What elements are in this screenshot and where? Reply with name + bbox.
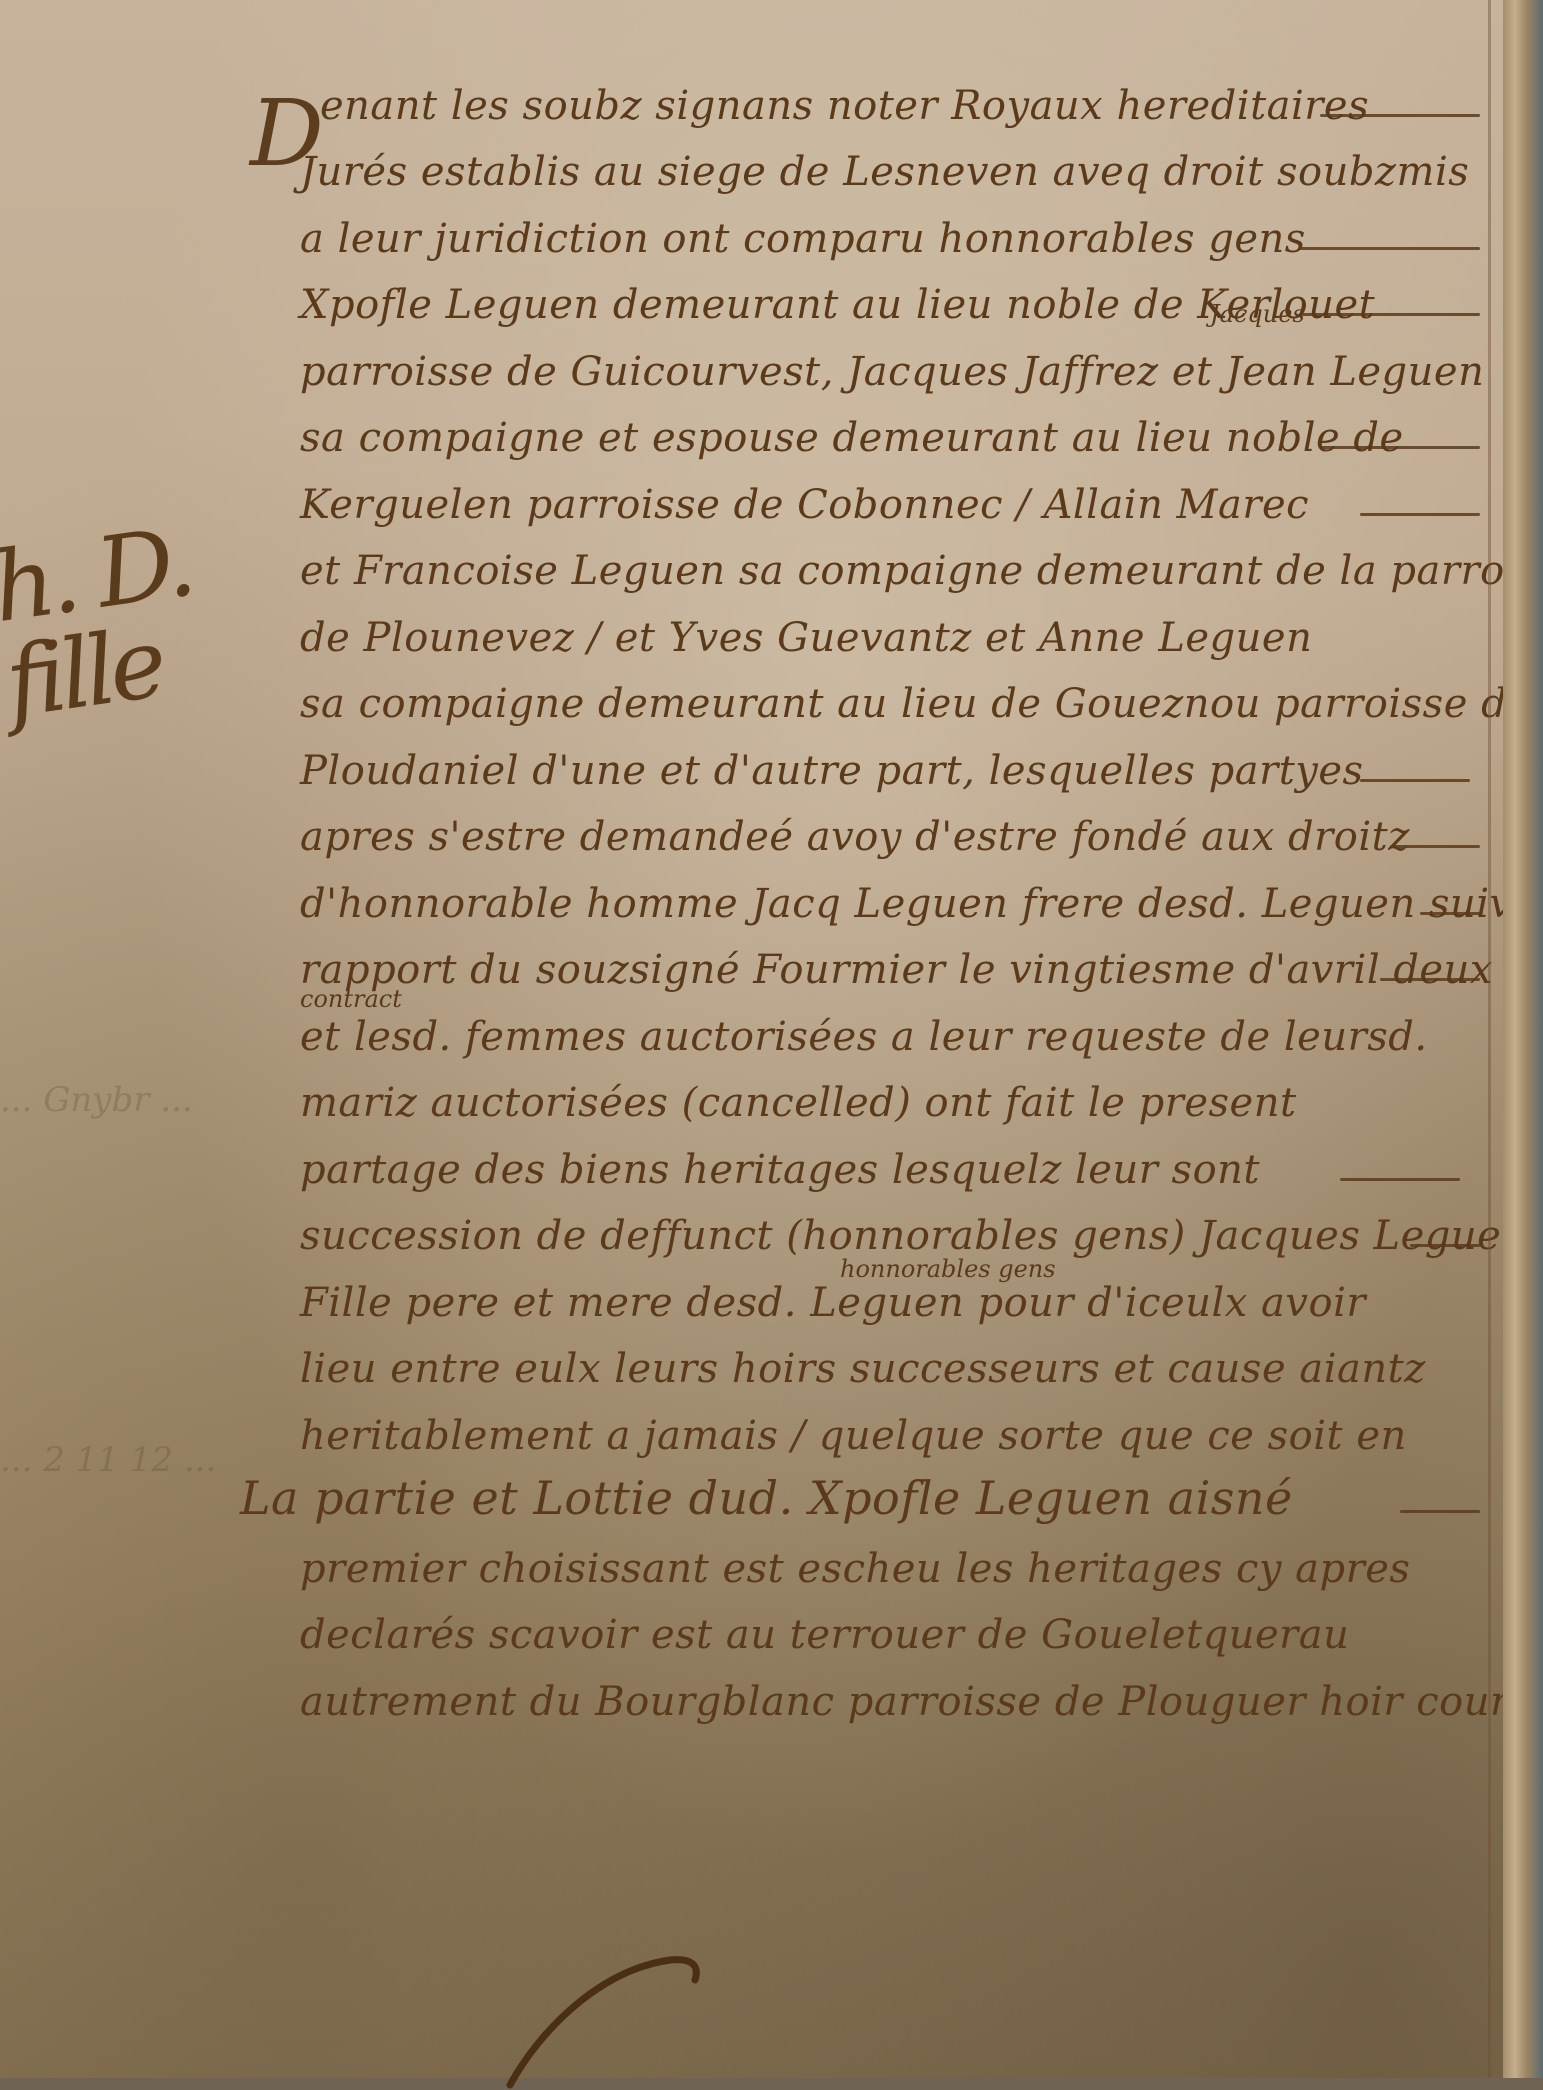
text-line: Kerguelen parroisse de Cobonnec / Allain…	[300, 469, 1490, 536]
manuscript-page: ... Gnybr ... ... 2 11 12 ... h. D. fill…	[0, 0, 1520, 2078]
text-line: Xpofle Leguen demeurant au lieu noble de…	[300, 270, 1490, 337]
text-line: lieu entre eulx leurs hoirs successeurs …	[300, 1334, 1490, 1401]
text-line: apres s'estre demandeé avoy d'estre fond…	[300, 802, 1490, 869]
interlinear-insertion: honnorables gens	[840, 1255, 1056, 1283]
text-line: sa compaigne et espouse demeurant au lie…	[300, 403, 1490, 470]
page-edge	[1488, 0, 1491, 2078]
text-line: rapport du souzsigné Fourmier le vingtie…	[300, 935, 1490, 1002]
text-line: Ploudaniel d'une et d'autre part, lesque…	[300, 735, 1490, 802]
text-line: parroisse de Guicourvest, Jacques Jaffre…	[300, 336, 1490, 403]
text-line: autrement du Bourgblanc parroisse de Plo…	[300, 1666, 1490, 1733]
text-line: de Plounevez / et Yves Guevantz et Anne …	[300, 602, 1490, 669]
text-line: enant les soubz signans noter Royaux her…	[300, 70, 1490, 137]
text-line: declarés scavoir est au terrouer de Goue…	[300, 1600, 1490, 1667]
binding-gutter	[1503, 0, 1543, 2078]
ink-show-through: ... Gnybr ...	[0, 1080, 290, 1120]
text-line: mariz auctorisées (cancelled) ont fait l…	[300, 1068, 1490, 1135]
text-line: et lesd. femmes auctorisées a leur reque…	[300, 1001, 1490, 1068]
text-line: a leur juridiction ont comparu honnorabl…	[300, 203, 1490, 270]
text-line: d'honnorable homme Jacq Leguen frere des…	[300, 868, 1490, 935]
manuscript-text: enant les soubz signans noter Royaux her…	[300, 70, 1490, 1733]
interlinear-insertion: Jacques	[1210, 300, 1305, 328]
text-line: heritablement a jamais / quelque sorte q…	[300, 1400, 1490, 1467]
text-line: premier choisissant est escheu les herit…	[300, 1533, 1490, 1600]
text-line: La partie et Lottie dud. Xpofle Leguen a…	[300, 1467, 1490, 1534]
closing-flourish	[500, 1950, 800, 2078]
text-line: et Francoise Leguen sa compaigne demeura…	[300, 536, 1490, 603]
text-line: partage des biens heritages lesquelz leu…	[300, 1134, 1490, 1201]
text-line: sa compaigne demeurant au lieu de Gouezn…	[300, 669, 1490, 736]
interlinear-insertion: contract	[300, 985, 402, 1013]
text-line: Jurés establis au siege de Lesneven aveq…	[300, 137, 1490, 204]
margin-note-signature: h. D. fille	[0, 501, 303, 749]
